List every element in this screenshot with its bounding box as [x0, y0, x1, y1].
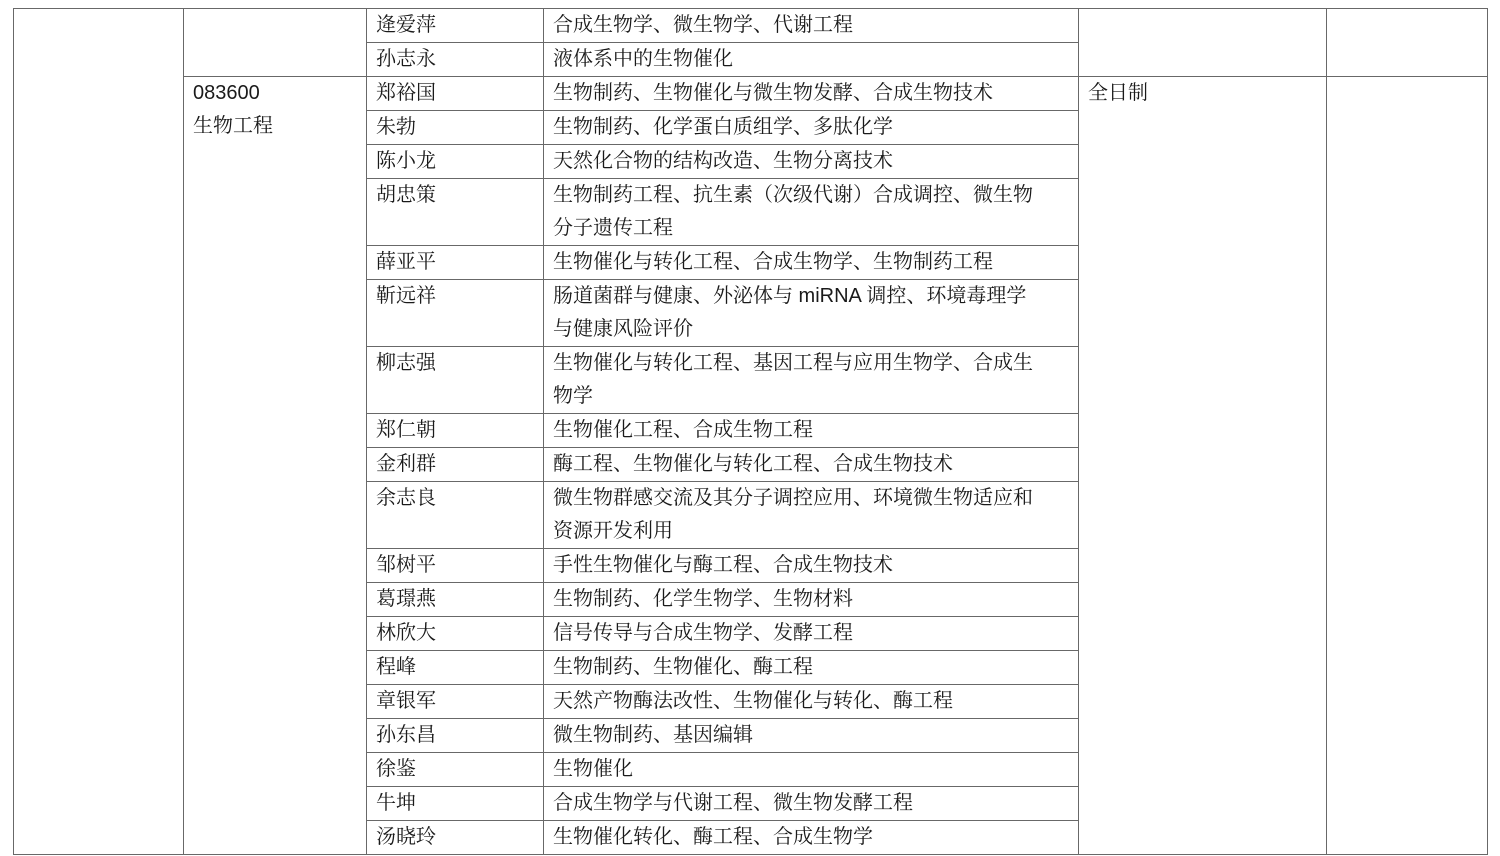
program-code-cell: 083600 生物工程: [184, 77, 367, 855]
advisor-name-cell: 靳远祥: [367, 280, 544, 347]
research-areas-cell: 生物催化转化、酶工程、合成生物学: [544, 821, 1079, 855]
research-areas-cell: 酶工程、生物催化与转化工程、合成生物技术: [544, 448, 1079, 482]
research-areas-cell: 肠道菌群与健康、外泌体与 miRNA 调控、环境毒理学 与健康风险评价: [544, 280, 1079, 347]
research-areas-cell: 手性生物催化与酶工程、合成生物技术: [544, 549, 1079, 583]
research-areas-cell: 生物催化与转化工程、合成生物学、生物制药工程: [544, 246, 1079, 280]
research-areas-cell: 生物催化与转化工程、基因工程与应用生物学、合成生 物学: [544, 347, 1079, 414]
advisor-name-cell: 程峰: [367, 651, 544, 685]
advisor-name-cell: 孙东昌: [367, 719, 544, 753]
research-areas-cell: 天然化合物的结构改造、生物分离技术: [544, 145, 1079, 179]
advisor-name-cell: 徐鉴: [367, 753, 544, 787]
advisor-name-cell: 孙志永: [367, 43, 544, 77]
advisor-name-cell: 逄爱萍: [367, 9, 544, 43]
advisor-name-cell: 章银军: [367, 685, 544, 719]
research-areas-cell: 合成生物学、微生物学、代谢工程: [544, 9, 1079, 43]
study-mode-cell: 全日制: [1079, 77, 1327, 855]
research-areas-cell: 生物制药、生物催化、酶工程: [544, 651, 1079, 685]
research-areas-cell: 微生物制药、基因编辑: [544, 719, 1079, 753]
table-row: 逄爱萍合成生物学、微生物学、代谢工程: [14, 9, 1488, 43]
advisor-name-cell: 柳志强: [367, 347, 544, 414]
advisor-name-cell: 郑仁朝: [367, 414, 544, 448]
remarks-cell-empty: [1327, 9, 1488, 77]
research-areas-cell: 生物制药、化学蛋白质组学、多肽化学: [544, 111, 1079, 145]
research-areas-cell: 生物制药工程、抗生素（次级代谢）合成调控、微生物 分子遗传工程: [544, 179, 1079, 246]
advisor-name-cell: 牛坤: [367, 787, 544, 821]
table-row: 083600 生物工程郑裕国生物制药、生物催化与微生物发酵、合成生物技术全日制: [14, 77, 1488, 111]
research-areas-cell: 生物制药、化学生物学、生物材料: [544, 583, 1079, 617]
research-areas-cell: 生物制药、生物催化与微生物发酵、合成生物技术: [544, 77, 1079, 111]
research-areas-cell: 生物催化: [544, 753, 1079, 787]
program-cell-empty: [184, 9, 367, 77]
research-areas-cell: 液体系中的生物催化: [544, 43, 1079, 77]
advisor-name-cell: 胡忠策: [367, 179, 544, 246]
advisor-name-cell: 薛亚平: [367, 246, 544, 280]
research-areas-cell: 天然产物酶法改性、生物催化与转化、酶工程: [544, 685, 1079, 719]
research-areas-cell: 信号传导与合成生物学、发酵工程: [544, 617, 1079, 651]
advisor-name-cell: 林欣大: [367, 617, 544, 651]
advisor-name-cell: 余志良: [367, 482, 544, 549]
advisor-name-cell: 葛璟燕: [367, 583, 544, 617]
document-page: 逄爱萍合成生物学、微生物学、代谢工程孙志永液体系中的生物催化083600 生物工…: [0, 0, 1500, 856]
category-cell: [14, 9, 184, 855]
advisor-name-cell: 郑裕国: [367, 77, 544, 111]
remarks-cell: [1327, 77, 1488, 855]
research-areas-cell: 微生物群感交流及其分子调控应用、环境微生物适应和 资源开发利用: [544, 482, 1079, 549]
advisor-table: 逄爱萍合成生物学、微生物学、代谢工程孙志永液体系中的生物催化083600 生物工…: [13, 8, 1488, 855]
research-areas-cell: 生物催化工程、合成生物工程: [544, 414, 1079, 448]
advisor-name-cell: 朱勃: [367, 111, 544, 145]
advisor-name-cell: 金利群: [367, 448, 544, 482]
advisor-name-cell: 汤晓玲: [367, 821, 544, 855]
advisor-name-cell: 邹树平: [367, 549, 544, 583]
study-mode-cell-empty: [1079, 9, 1327, 77]
research-areas-cell: 合成生物学与代谢工程、微生物发酵工程: [544, 787, 1079, 821]
advisor-name-cell: 陈小龙: [367, 145, 544, 179]
